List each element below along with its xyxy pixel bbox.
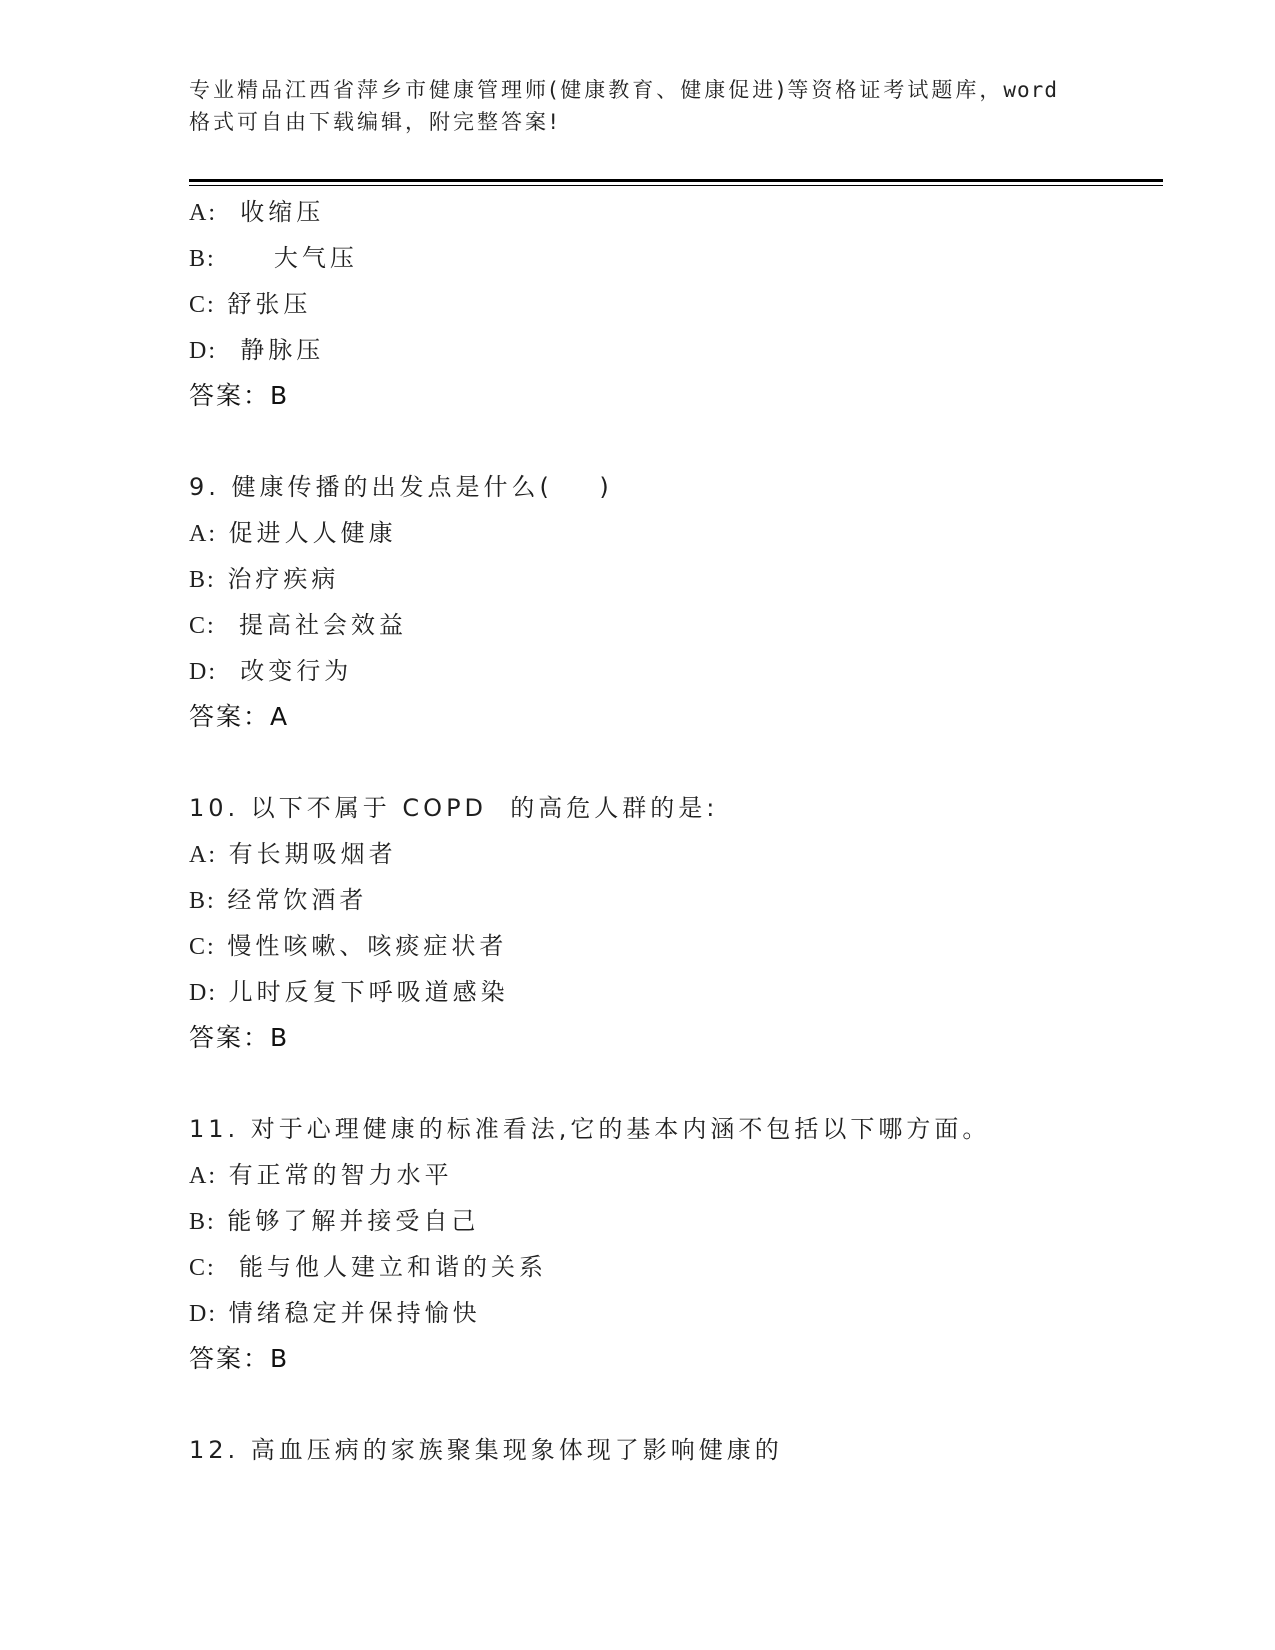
option-text: 能与他人建立和谐的关系 (216, 1253, 547, 1281)
option-b: B: 治疗疾病 (189, 563, 339, 596)
option-label: C: (189, 292, 216, 318)
answer-label: 答案： (189, 702, 270, 731)
answer-line: 答案：A (189, 701, 289, 733)
option-a: A: 收缩压 (189, 196, 324, 229)
option-c: C: 提高社会效益 (189, 609, 407, 642)
option-text: 有长期吸烟者 (217, 840, 397, 868)
option-text: 改变行为 (217, 657, 352, 685)
option-a: A: 有长期吸烟者 (189, 838, 397, 871)
option-label: C: (189, 1255, 216, 1281)
option-text: 舒张压 (216, 290, 312, 318)
option-text: 静脉压 (217, 336, 324, 364)
option-text: 儿时反复下呼吸道感染 (217, 978, 509, 1006)
option-label: C: (189, 613, 216, 639)
option-d: D: 情绪稳定并保持愉快 (189, 1297, 481, 1330)
answer-line: 答案：B (189, 380, 289, 412)
option-d: D: 改变行为 (189, 655, 352, 688)
answer-label: 答案： (189, 381, 270, 410)
option-label: B: (189, 888, 216, 914)
answer-line: 答案：B (189, 1343, 289, 1375)
question-stem-11: 11. 对于心理健康的标准看法,它的基本内涵不包括以下哪方面。 (189, 1113, 990, 1145)
option-label: A: (189, 521, 217, 547)
option-label: A: (189, 842, 217, 868)
option-c: C: 舒张压 (189, 288, 311, 321)
question-stem-10: 10. 以下不属于 COPD 的高危人群的是: (189, 792, 718, 824)
answer-value: B (270, 1023, 289, 1052)
question-stem-12: 12. 高血压病的家族聚集现象体现了影响健康的 (189, 1434, 783, 1466)
option-text: 能够了解并接受自己 (216, 1207, 480, 1235)
option-label: A: (189, 1163, 217, 1189)
option-text: 慢性咳嗽、咳痰症状者 (216, 932, 508, 960)
option-a: A: 促进人人健康 (189, 517, 397, 550)
answer-label: 答案： (189, 1344, 270, 1373)
option-d: D: 儿时反复下呼吸道感染 (189, 976, 509, 1009)
answer-value: B (270, 381, 289, 410)
option-c: C: 能与他人建立和谐的关系 (189, 1251, 547, 1284)
option-label: D: (189, 338, 217, 364)
option-a: A: 有正常的智力水平 (189, 1159, 453, 1192)
option-label: D: (189, 659, 217, 685)
option-text: 收缩压 (217, 198, 324, 226)
option-b: B: 能够了解并接受自己 (189, 1205, 479, 1238)
document-header: 专业精品江西省萍乡市健康管理师(健康教育、健康促进)等资格证考试题库，word … (189, 74, 1109, 138)
option-c: C: 慢性咳嗽、咳痰症状者 (189, 930, 507, 963)
option-d: D: 静脉压 (189, 334, 324, 367)
option-text: 提高社会效益 (216, 611, 407, 639)
option-label: D: (189, 1301, 217, 1327)
answer-label: 答案： (189, 1023, 270, 1052)
header-rule-thick (189, 179, 1163, 182)
option-label: C: (189, 934, 216, 960)
header-word-text: word (1003, 78, 1058, 102)
answer-line: 答案：B (189, 1022, 289, 1054)
option-text: 经常饮酒者 (216, 886, 368, 914)
header-rule-thin (189, 185, 1163, 186)
option-b: B: 大气压 (189, 242, 358, 275)
header-title-text: 专业精品江西省萍乡市健康管理师(健康教育、健康促进)等资格证考试题库， (189, 78, 1003, 102)
option-label: D: (189, 980, 217, 1006)
answer-value: B (270, 1344, 289, 1373)
document-page: 专业精品江西省萍乡市健康管理师(健康教育、健康促进)等资格证考试题库，word … (0, 0, 1275, 1650)
option-label: B: (189, 246, 216, 272)
option-text: 治疗疾病 (216, 565, 340, 593)
option-label: B: (189, 1209, 216, 1235)
option-text: 有正常的智力水平 (217, 1161, 453, 1189)
question-stem-9: 9. 健康传播的出发点是什么( ) (189, 471, 613, 503)
header-line-2: 格式可自由下载编辑，附完整答案! (189, 106, 1109, 138)
header-line-1: 专业精品江西省萍乡市健康管理师(健康教育、健康促进)等资格证考试题库，word (189, 74, 1109, 106)
option-text: 情绪稳定并保持愉快 (217, 1299, 481, 1327)
option-label: A: (189, 200, 217, 226)
option-text: 大气压 (216, 244, 358, 272)
option-text: 促进人人健康 (217, 519, 397, 547)
option-label: B: (189, 567, 216, 593)
option-b: B: 经常饮酒者 (189, 884, 367, 917)
answer-value: A (270, 702, 289, 731)
